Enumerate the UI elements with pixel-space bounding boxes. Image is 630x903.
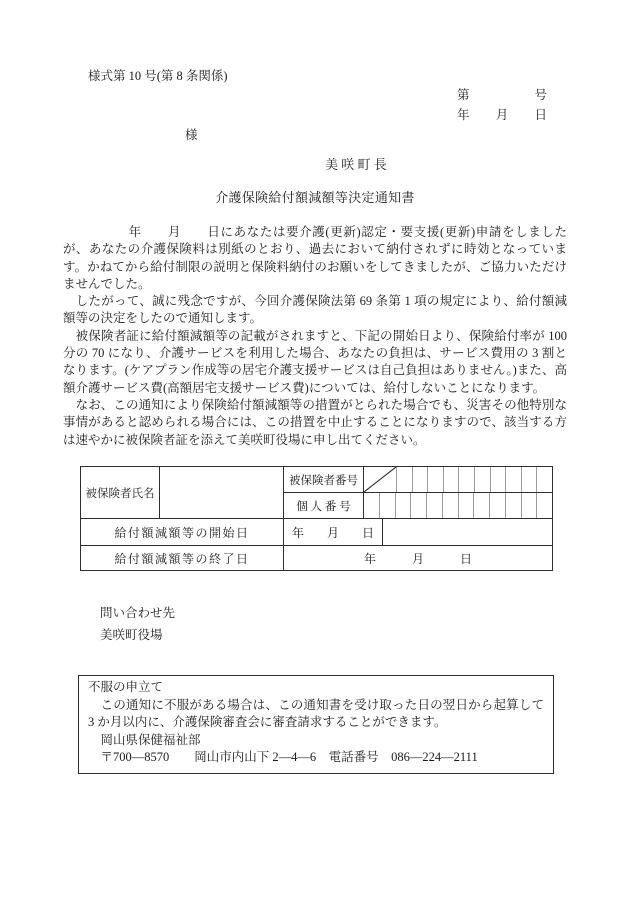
- digit-cell: [522, 467, 538, 492]
- digit-cell: [428, 467, 444, 492]
- insured-name-value-cell: [160, 467, 284, 518]
- digit-cell: [522, 493, 538, 518]
- document-number-line: 第 号: [457, 85, 547, 103]
- contact-office: 美咲町役場: [100, 624, 175, 646]
- appeal-department: 岡山県保健福祉部: [88, 732, 544, 750]
- contact-heading: 問い合わせ先: [100, 602, 175, 624]
- date-day-label: 日: [534, 105, 547, 123]
- digit-cell: [444, 467, 460, 492]
- issue-date-line: 年 月 日: [457, 105, 547, 123]
- digit-cell: [427, 493, 443, 518]
- appeal-address: 〒700—8570 岡山市内山下 2—4—6 電話番号 086—224—2111: [88, 749, 544, 767]
- diagonal-slash-cell: [364, 467, 397, 492]
- digit-cell: [459, 493, 475, 518]
- day-unit: 日: [362, 524, 374, 541]
- month-unit: 月: [327, 524, 339, 541]
- digit-cell: [380, 493, 396, 518]
- doc-number-prefix: 第: [457, 85, 470, 103]
- body-paragraph: なお、この通知により保険給付額減額等の措置がとられた場合でも、災害その他特別な事…: [63, 397, 567, 449]
- insured-number-cells: [397, 467, 552, 492]
- addressee-suffix: 様: [185, 125, 198, 143]
- digit-cell: [475, 467, 491, 492]
- body-paragraph: 年 月 日にあなたは要介護(更新)認定・要支援(更新)申請をしましたが、あなたの…: [63, 224, 567, 293]
- digit-cell: [506, 493, 522, 518]
- digit-cell: [396, 493, 412, 518]
- personal-number-cells: [364, 493, 552, 518]
- doc-number-suffix: 号: [534, 85, 547, 103]
- body-text: 年 月 日にあなたは要介護(更新)認定・要支援(更新)申請をしましたが、あなたの…: [63, 224, 567, 449]
- diagonal-slash-icon: [364, 467, 396, 492]
- year-unit: 年: [292, 524, 304, 541]
- month-unit: 月: [412, 550, 424, 567]
- appeal-heading: 不服の申立て: [88, 679, 544, 697]
- digit-cell: [411, 493, 427, 518]
- personal-number-label: 個 人 番 号: [284, 493, 364, 518]
- document-page: 様式第 10 号(第 8 条関係) 第 号 年 月 日 様 美 咲 町 長 介護…: [0, 0, 630, 903]
- digit-cell: [459, 467, 475, 492]
- start-date-empty-cell: [383, 519, 552, 545]
- year-unit: 年: [364, 550, 376, 567]
- digit-cell: [491, 467, 507, 492]
- digit-cell: [443, 493, 459, 518]
- day-unit: 日: [460, 550, 472, 567]
- table-row: 給付額減額等の開始日 年 月 日: [81, 518, 552, 545]
- digit-cell: [364, 493, 380, 518]
- appeal-body: この通知に不服がある場合は、この通知書を受け取った日の翌日から起算して 3 か月…: [88, 697, 544, 732]
- table-row: 個 人 番 号: [284, 493, 552, 518]
- contact-block: 問い合わせ先 美咲町役場: [100, 602, 175, 646]
- start-date-cell: 年 月 日: [284, 519, 383, 545]
- digit-cell: [537, 467, 552, 492]
- date-year-label: 年: [457, 105, 470, 123]
- digit-cell: [506, 467, 522, 492]
- body-paragraph: 被保険者証に給付額減額等の記載がされますと、下記の開始日より、保険給付率が 10…: [63, 328, 567, 397]
- end-date-cell: 年 月 日: [284, 546, 552, 570]
- date-month-label: 月: [496, 105, 509, 123]
- digit-cell: [397, 467, 413, 492]
- table-row: 給付額減額等の終了日 年 月 日: [81, 545, 552, 570]
- digit-cell: [413, 467, 429, 492]
- digit-cell: [537, 493, 552, 518]
- digit-cell: [490, 493, 506, 518]
- insured-number-label: 被保険者番号: [284, 467, 364, 492]
- end-date-label: 給付額減額等の終了日: [81, 546, 284, 570]
- sender-name: 美 咲 町 長: [325, 154, 387, 173]
- body-paragraph: したがって、誠に残念ですが、今回介護保険法第 69 条第 1 項の規定により、給…: [63, 293, 567, 328]
- form-number: 様式第 10 号(第 8 条関係): [88, 66, 228, 84]
- number-rows: 被保険者番号 個 人 番 号: [284, 467, 552, 518]
- appeal-box: 不服の申立て この通知に不服がある場合は、この通知書を受け取った日の翌日から起算…: [78, 675, 554, 774]
- table-row: 被保険者氏名 被保険者番号 個 人 番 号: [81, 467, 552, 518]
- document-title: 介護保険給付額減額等決定通知書: [0, 187, 630, 206]
- digit-cell: [474, 493, 490, 518]
- table-row: 被保険者番号: [284, 467, 552, 493]
- insured-info-table: 被保険者氏名 被保険者番号 個 人 番 号: [80, 466, 553, 571]
- insured-name-label: 被保険者氏名: [81, 467, 160, 518]
- start-date-label: 給付額減額等の開始日: [81, 519, 284, 545]
